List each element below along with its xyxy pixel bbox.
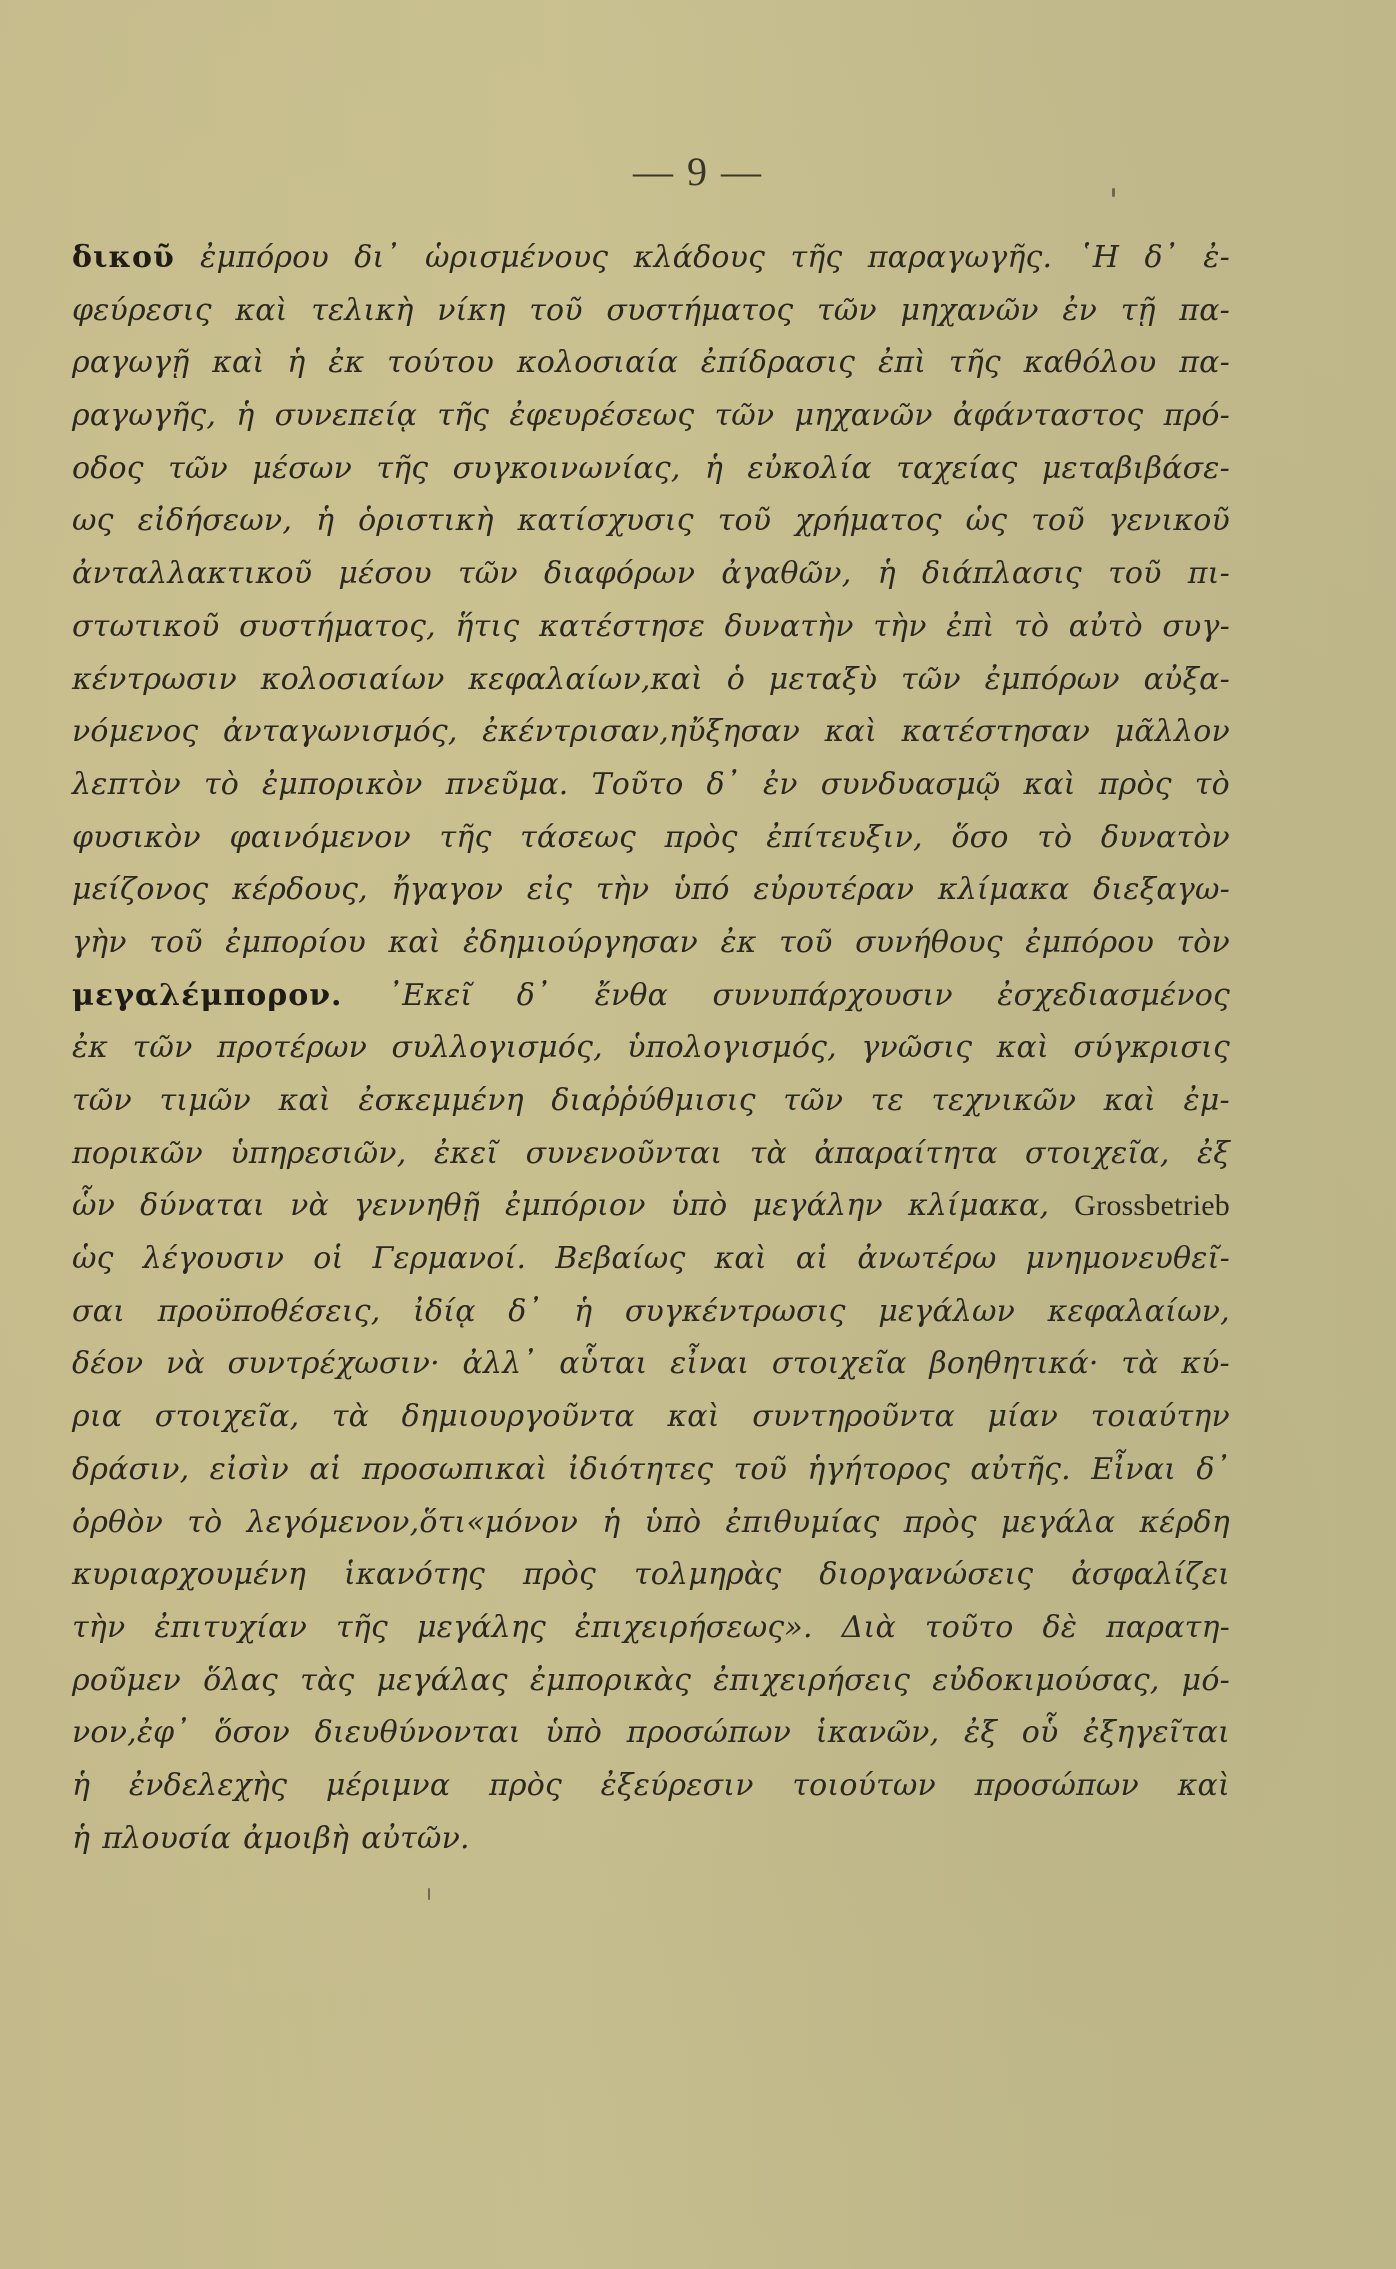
word: προϋποθέσεις,	[158, 1286, 381, 1339]
text-line: κυριαρχουμένηἱκανότηςπρὸςτολμηρὰςδιοργαν…	[72, 1549, 1230, 1602]
word: συνεπείᾳ	[275, 390, 418, 443]
word: Τοῦτο	[592, 759, 684, 812]
word: αἱ	[309, 1444, 341, 1497]
word: ἐμπόριον	[505, 1180, 646, 1233]
word: μεταβιβάσε-	[1042, 443, 1230, 496]
word: συνυπάρχουσιν	[713, 970, 953, 1023]
text-line: ριαστοιχεῖα,τὰδημιουργοῦντακαὶσυντηροῦντ…	[72, 1391, 1230, 1444]
word: κατέστησαν	[901, 706, 1090, 759]
text-line: ὀρθὸντὸλεγόμενον,ὅτι«μόνονἡὑπὸἐπιθυμίαςπ…	[72, 1497, 1230, 1550]
word: διευθύνονται	[315, 1707, 521, 1760]
word: τὸ	[1014, 601, 1049, 654]
word: ἐξ	[1197, 1128, 1230, 1181]
word: τὸ	[1037, 812, 1072, 865]
word: μείζονος	[72, 864, 208, 917]
word: ἐπιτυχίαν	[154, 1602, 307, 1655]
word: πορικῶν	[72, 1128, 203, 1181]
word: ἐπίδρασις	[701, 337, 855, 390]
text-line: γὴντοῦἐμπορίουκαὶἐδημιούργησανἐκτοῦσυνήθ…	[72, 917, 1230, 970]
word: κατίσχυσις	[518, 495, 694, 548]
word: ἡ	[574, 1286, 592, 1339]
text-line: τῶντιμῶνκαὶἐσκεμμένηδιαῤῥύθμισιςτῶντετεχ…	[72, 1075, 1230, 1128]
word: ἐμπόρων	[985, 654, 1120, 707]
word: πρὸς	[1099, 759, 1172, 812]
word: τοῦ	[529, 285, 583, 338]
word: τε	[871, 1075, 904, 1128]
word: κυριαρχουμένη	[72, 1549, 306, 1602]
word: τοῦτο	[925, 1602, 1014, 1655]
word: διαφόρων	[544, 548, 695, 601]
word: τῶν	[133, 1022, 193, 1075]
word: εἰδήσεων,	[138, 495, 293, 548]
word: ἐπιθυμίας	[725, 1497, 879, 1550]
word: ὁ	[727, 654, 745, 707]
word: τοῦ	[1108, 548, 1162, 601]
word: ἰδιότητες	[568, 1444, 714, 1497]
word: μεγάλας	[377, 1655, 508, 1708]
word: καὶ	[388, 917, 440, 970]
word: τοῦ	[734, 1444, 788, 1497]
text-line: μείζονοςκέρδους,ἤγαγονεἰςτὴνὑπόεὐρυτέραν…	[72, 864, 1230, 917]
word: Διὰ	[842, 1602, 896, 1655]
word: οὗ	[1022, 1707, 1059, 1760]
word: τὸ	[187, 1497, 222, 1550]
word: πρὸς	[523, 1549, 596, 1602]
word: εὐδοκιμούσας,	[932, 1655, 1159, 1708]
word: προσωπικαὶ	[362, 1444, 548, 1497]
text-line: νόμενοςἀνταγωνισμός,ἐκέντρισαν,ηὔξησανκα…	[72, 706, 1230, 759]
word: ἐμπορικὸν	[262, 759, 423, 812]
word: ὑπὸ	[671, 1180, 728, 1233]
text-line: δράσιν,εἰσὶναἱπροσωπικαὶἰδιότητεςτοῦἡγήτ…	[72, 1444, 1230, 1497]
body-text: δικοῦἐμπόρουδι᾽ὡρισμένουςκλάδουςτῆςπαραγ…	[72, 232, 1230, 1865]
word: γὴν	[72, 917, 127, 970]
text-line: στωτικοῦσυστήματος,ἥτιςκατέστησεδυνατὴντ…	[72, 601, 1230, 654]
word: ἡ	[72, 1760, 90, 1813]
word: νὰ	[290, 1180, 329, 1233]
word: ἀλλ᾽	[463, 1338, 537, 1391]
word: πρὸς	[489, 1760, 562, 1813]
word: τὴν	[596, 864, 649, 917]
word: ὅσο	[951, 812, 1008, 865]
word: ἐσχεδιασμένος	[997, 970, 1230, 1023]
word: τῆς	[376, 443, 428, 496]
word: τῆς	[790, 232, 842, 285]
word: τὸ	[204, 759, 239, 812]
text-line: δικοῦἐμπόρουδι᾽ὡρισμένουςκλάδουςτῆςπαραγ…	[72, 232, 1230, 285]
word: συγκέντρωσις	[625, 1286, 846, 1339]
text-line: σαιπροϋποθέσεις,ἰδίᾳδ᾽ἡσυγκέντρωσιςμεγάλ…	[72, 1286, 1230, 1339]
print-speck	[1112, 188, 1115, 197]
word: οδος	[72, 443, 144, 496]
word: προτέρων	[217, 1022, 367, 1075]
word: ἡ	[287, 337, 305, 390]
word: ἐσκεμμένη	[358, 1075, 523, 1128]
word: δ᾽	[1196, 1444, 1229, 1497]
word: τῶν	[714, 390, 774, 443]
word: ἥτις	[455, 601, 519, 654]
word: δυνατὸν	[1101, 812, 1230, 865]
text-line: ραγωγῇκαὶἡἐκτούτουκολοσιαίαἐπίδρασιςἐπὶτ…	[72, 337, 1230, 390]
word: τεχνικῶν	[931, 1075, 1076, 1128]
word: ἐκ	[720, 917, 756, 970]
word: τοῦ	[718, 495, 772, 548]
word: τοῦ	[149, 917, 203, 970]
word: ὑπὸ	[645, 1497, 702, 1550]
bold-term: μεγαλέμπορον.	[72, 970, 343, 1023]
text-line: κέντρωσινκολοσιαίωνκεφαλαίων,καὶὁμεταξὺτ…	[72, 654, 1230, 707]
word: κλίμακα,	[908, 1180, 1049, 1233]
word: καὶ	[279, 1075, 331, 1128]
word: χρήματος	[795, 495, 942, 548]
word: νὰ	[166, 1338, 205, 1391]
word: ὡς	[966, 495, 1008, 548]
text-line: πορικῶνὑπηρεσιῶν,ἐκεῖσυνενοῦνταιτὰἀπαραί…	[72, 1128, 1230, 1181]
word: συνενοῦνται	[526, 1128, 723, 1181]
word: συγ-	[1162, 601, 1230, 654]
word: ὑπολογισμός,	[627, 1022, 837, 1075]
word: φυσικὸν	[72, 812, 201, 865]
word: συγκοινωνίας,	[453, 443, 681, 496]
word: ἡ	[602, 1497, 620, 1550]
word: δύναται	[140, 1180, 265, 1233]
word: μίαν	[987, 1391, 1058, 1444]
word: ἀφάνταστος	[953, 390, 1144, 443]
word: ἐπίτευξιν,	[766, 812, 923, 865]
word: ὁριστικὴ	[358, 495, 494, 548]
word: ἐμπορικὰς	[530, 1655, 691, 1708]
word: μηχανῶν	[795, 390, 933, 443]
word: ἰδίᾳ	[413, 1286, 476, 1339]
word: Εἶναι	[1091, 1444, 1176, 1497]
word: κεφαλαίων,	[1048, 1286, 1230, 1339]
text-line: οδοςτῶνμέσωντῆςσυγκοινωνίας,ἡεὐκολίαταχε…	[72, 443, 1230, 496]
word: ταχείας	[896, 443, 1017, 496]
word: καθόλου	[1024, 337, 1157, 390]
word: στωτικοῦ	[72, 601, 219, 654]
word: ῾Η	[1078, 232, 1120, 285]
word: δ᾽	[517, 970, 550, 1023]
word: δράσιν,	[72, 1444, 189, 1497]
word: ἐξεύρεσιν	[601, 1760, 754, 1813]
word: συντρέχωσιν·	[228, 1338, 440, 1391]
text-line: φυσικὸνφαινόμενοντῆςτάσεωςπρὸςἐπίτευξιν,…	[72, 812, 1230, 865]
word: πα-	[1179, 337, 1230, 390]
word: τολμηρὰς	[634, 1549, 781, 1602]
word: πι-	[1188, 548, 1230, 601]
word: κατέστησε	[539, 601, 705, 654]
word: ἡ	[878, 548, 896, 601]
word: δέον	[72, 1338, 143, 1391]
word: αὗται	[559, 1338, 647, 1391]
word: ἐν	[763, 759, 798, 812]
word: εἶναι	[670, 1338, 749, 1391]
word: ὅλας	[203, 1655, 278, 1708]
word: ἐκ	[72, 1022, 108, 1075]
word: τῶν	[72, 1075, 132, 1128]
word: διάπλασις	[922, 548, 1082, 601]
word: ἐκέντρισαν,ηὔξησαν	[482, 706, 800, 759]
word: τοῦ	[779, 917, 833, 970]
word: κολοσιαία	[517, 337, 678, 390]
word: φεύρεσις	[72, 285, 212, 338]
word: οἱ	[313, 1233, 343, 1286]
word: βοηθητικά·	[929, 1338, 1098, 1391]
word: μηχανῶν	[900, 285, 1038, 338]
word: τούτου	[387, 337, 494, 390]
word: κέρδους,	[232, 864, 368, 917]
word: μέριμνα	[326, 1760, 450, 1813]
word: ἐμπόρου	[200, 232, 329, 285]
word: καὶ	[212, 337, 264, 390]
word: ἐμπόρου	[1025, 917, 1154, 970]
word: ἀνωτέρω	[857, 1233, 996, 1286]
word: τὴν	[72, 1602, 125, 1655]
word: τὸν	[1177, 917, 1231, 970]
word: καὶ	[1104, 1075, 1156, 1128]
word: μό-	[1182, 1655, 1230, 1708]
word: καὶ	[997, 1022, 1049, 1075]
word: εἰσὶν	[210, 1444, 289, 1497]
word: ὡρισμένους	[425, 232, 608, 285]
word: τῶν	[783, 1075, 843, 1128]
word: ἀγαθῶν,	[721, 548, 851, 601]
word: ἐφευρέσεως	[509, 390, 694, 443]
word: σαι	[72, 1286, 125, 1339]
word: γενικοῦ	[1109, 495, 1230, 548]
word: τάσεως	[520, 812, 636, 865]
word: πα-	[1179, 285, 1230, 338]
word: δ᾽	[508, 1286, 541, 1339]
word: τὰς	[300, 1655, 354, 1708]
word: νίκη	[437, 285, 505, 338]
word: τοῦ	[1031, 495, 1085, 548]
word: ἐπὶ	[878, 337, 926, 390]
word: αὐτῶν.	[361, 1813, 470, 1866]
word: τῶν	[817, 285, 877, 338]
word: Βεβαίως	[555, 1233, 685, 1286]
word: δυνατὴν	[725, 601, 854, 654]
word: αὐτὸ	[1069, 601, 1143, 654]
word: αὐτῆς.	[970, 1444, 1071, 1497]
word: πλουσία	[102, 1813, 231, 1866]
word: ἡ	[316, 495, 334, 548]
word: τῶν	[458, 548, 518, 601]
word: ἱκανῶν,	[816, 1707, 940, 1760]
word: μεγάλην	[752, 1180, 882, 1233]
word: λεπτὸν	[72, 759, 181, 812]
text-line: ὡςλέγουσινοἱΓερμανοί.Βεβαίωςκαὶαἱἀνωτέρω…	[72, 1233, 1230, 1286]
text-line: ροῦμενὅλαςτὰςμεγάλαςἐμπορικὰςἐπιχειρήσει…	[72, 1655, 1230, 1708]
word: Γερμανοί.	[373, 1233, 527, 1286]
word: ἐκ	[328, 337, 364, 390]
word: ἀνταλλακτικοῦ	[72, 548, 312, 601]
text-line: τὴνἐπιτυχίαντῆςμεγάληςἐπιχειρήσεως».Διὰτ…	[72, 1602, 1230, 1655]
word: διεξαγω-	[1093, 864, 1230, 917]
word: ἐπιχειρήσεις	[713, 1655, 910, 1708]
text-line: φεύρεσιςκαὶτελικὴνίκητοῦσυστήματοςτῶνμηχ…	[72, 285, 1230, 338]
word: καὶ	[667, 1391, 719, 1444]
word: αὐξα-	[1144, 654, 1230, 707]
word: τοιούτων	[792, 1760, 936, 1813]
word: ὀρθὸν	[72, 1497, 163, 1550]
word: ὑπό	[673, 864, 730, 917]
text-line: ἐκτῶνπροτέρωνσυλλογισμός,ὑπολογισμός,γνῶ…	[72, 1022, 1230, 1075]
word: εὐρυτέραν	[753, 864, 914, 917]
word: κέρδη	[1139, 1497, 1229, 1550]
word: πνεῦμα.	[446, 759, 569, 812]
word: ὅσον	[214, 1707, 290, 1760]
word: στοιχεῖα,	[155, 1391, 300, 1444]
text-line: ωςεἰδήσεων,ἡὁριστικὴκατίσχυσιςτοῦχρήματο…	[72, 495, 1230, 548]
word: μεγάλων	[878, 1286, 1015, 1339]
word: ὧν	[72, 1180, 115, 1233]
word: κεφαλαίων,καὶ	[468, 654, 703, 707]
word: τὸ	[1195, 759, 1230, 812]
word: δ᾽	[1144, 232, 1177, 285]
word: δὲ	[1042, 1602, 1077, 1655]
word: συστήματος	[606, 285, 793, 338]
word: προσώπων	[975, 1760, 1139, 1813]
word: σύγκρισις	[1073, 1022, 1230, 1075]
word: γεννηθῇ	[354, 1180, 480, 1233]
word: τὰ	[332, 1391, 369, 1444]
word: ὡς	[72, 1233, 114, 1286]
word: καὶ	[235, 285, 287, 338]
word: ἀπαραίτητα	[814, 1128, 997, 1181]
word: στοιχεῖα,	[1025, 1128, 1170, 1181]
word: ἤγαγον	[392, 864, 504, 917]
word: συνδυασμῷ	[821, 759, 1001, 812]
word: κλίμακα	[938, 864, 1070, 917]
word: ρια	[72, 1391, 122, 1444]
word: ἐπιχειρήσεως».	[575, 1602, 813, 1655]
text-line: ἡπλουσίαἀμοιβὴαὐτῶν.	[72, 1813, 1230, 1866]
word: ἐμ-	[1184, 1075, 1230, 1128]
word: παρατη-	[1106, 1602, 1230, 1655]
word: ραγωγῇ	[72, 337, 189, 390]
word: ὑπηρεσιῶν,	[230, 1128, 406, 1181]
word: τῶν	[901, 654, 961, 707]
word: κύ-	[1181, 1338, 1230, 1391]
print-speck	[428, 1888, 430, 1900]
word: δι᾽	[354, 232, 399, 285]
word: δ᾽	[707, 759, 740, 812]
text-line: λεπτὸντὸἐμπορικὸνπνεῦμα.Τοῦτοδ᾽ἐνσυνδυασ…	[72, 759, 1230, 812]
word: φαινόμενον	[229, 812, 410, 865]
word: ἡ	[236, 390, 254, 443]
word: Grossbetrieb	[1074, 1180, 1230, 1233]
word: μέσων	[252, 443, 352, 496]
text-line: δέοννὰσυντρέχωσιν·ἀλλ᾽αὗταιεἶναιστοιχεῖα…	[72, 1338, 1230, 1391]
word: εἰς	[527, 864, 572, 917]
word: ἐ-	[1203, 232, 1230, 285]
word: λεγόμενον,ὅτι«μόνον	[247, 1497, 578, 1550]
word: ἐξηγεῖται	[1083, 1707, 1230, 1760]
word: πρὸς	[904, 1497, 977, 1550]
word: κολοσιαίων	[261, 654, 445, 707]
text-line: ραγωγῆς,ἡσυνεπείᾳτῆςἐφευρέσεωςτῶνμηχανῶν…	[72, 390, 1230, 443]
word: τὴν	[873, 601, 926, 654]
word: τῇ	[1121, 285, 1156, 338]
word: ροῦμεν	[72, 1655, 181, 1708]
word: αἱ	[796, 1233, 828, 1286]
word: τὰ	[1121, 1338, 1158, 1391]
word: τὰ	[750, 1128, 787, 1181]
word: πρό-	[1164, 390, 1230, 443]
word: ἱκανότης	[344, 1549, 485, 1602]
word: παραγωγῆς.	[868, 232, 1053, 285]
word: ἐκεῖ	[434, 1128, 498, 1181]
word: ἀνταγωνισμός,	[223, 706, 458, 759]
word: μέσου	[338, 548, 431, 601]
word: εὐκολία	[747, 443, 872, 496]
word: μᾶλλον	[1115, 706, 1230, 759]
word: τοιαύτην	[1091, 1391, 1230, 1444]
word: ἡγήτορος	[807, 1444, 950, 1497]
word: συντηροῦντα	[752, 1391, 955, 1444]
word: συλλογισμός,	[392, 1022, 603, 1075]
word: δημιουργοῦντα	[402, 1391, 635, 1444]
word: ως	[72, 495, 114, 548]
word: συνήθους	[855, 917, 1003, 970]
word: καὶ	[715, 1233, 767, 1286]
word: διοργανώσεις	[819, 1549, 1033, 1602]
word: μεγάλης	[417, 1602, 546, 1655]
word: τῆς	[336, 1602, 388, 1655]
text-line: ὧνδύναταινὰγεννηθῇἐμπόριονὑπὸμεγάληνκλίμ…	[72, 1180, 1230, 1233]
word: ᾽Εκεῖ	[387, 970, 472, 1023]
word: ἀσφαλίζει	[1071, 1549, 1230, 1602]
word: τῆς	[949, 337, 1001, 390]
word: ἐν	[1062, 285, 1097, 338]
word: καὶ	[1023, 759, 1075, 812]
word: νόμενος	[72, 706, 198, 759]
word: νον,ἐφ᾽	[72, 1707, 190, 1760]
word: ἐδημιούργησαν	[463, 917, 698, 970]
word: καὶ	[825, 706, 877, 759]
word: τῶν	[168, 443, 228, 496]
word: διαῤῥύθμισις	[551, 1075, 755, 1128]
text-line: μεγαλέμπορον.᾽Εκεῖδ᾽ἔνθασυνυπάρχουσινἐσχ…	[72, 970, 1230, 1023]
word: ἐνδελεχὴς	[129, 1760, 287, 1813]
word: ἔνθα	[595, 970, 668, 1023]
word: τιμῶν	[159, 1075, 251, 1128]
word: τῆς	[440, 812, 492, 865]
word: κέντρωσιν	[72, 654, 237, 707]
word: ἀμοιβὴ	[243, 1813, 349, 1866]
text-line: ἀνταλλακτικοῦμέσουτῶνδιαφόρωνἀγαθῶν,ἡδιά…	[72, 548, 1230, 601]
word: μεγάλα	[1001, 1497, 1115, 1550]
bold-term: δικοῦ	[72, 232, 175, 285]
word: τῆς	[437, 390, 489, 443]
word: ἡ	[72, 1813, 90, 1866]
text-line: νον,ἐφ᾽ὅσονδιευθύνονταιὑπὸπροσώπωνἱκανῶν…	[72, 1707, 1230, 1760]
word: μνημονευθεῖ-	[1026, 1233, 1230, 1286]
word: λέγουσιν	[143, 1233, 284, 1286]
word: τελικὴ	[311, 285, 413, 338]
word: ὑπὸ	[545, 1707, 602, 1760]
word: συστήματος,	[239, 601, 436, 654]
word: γνῶσις	[861, 1022, 972, 1075]
word: ἡ	[705, 443, 723, 496]
word: μεταξὺ	[769, 654, 877, 707]
word: ἐμπορίου	[225, 917, 366, 970]
word: πρὸς	[665, 812, 738, 865]
word: ραγωγῆς,	[72, 390, 216, 443]
word: ἐπὶ	[946, 601, 994, 654]
word: καὶ	[1178, 1760, 1230, 1813]
